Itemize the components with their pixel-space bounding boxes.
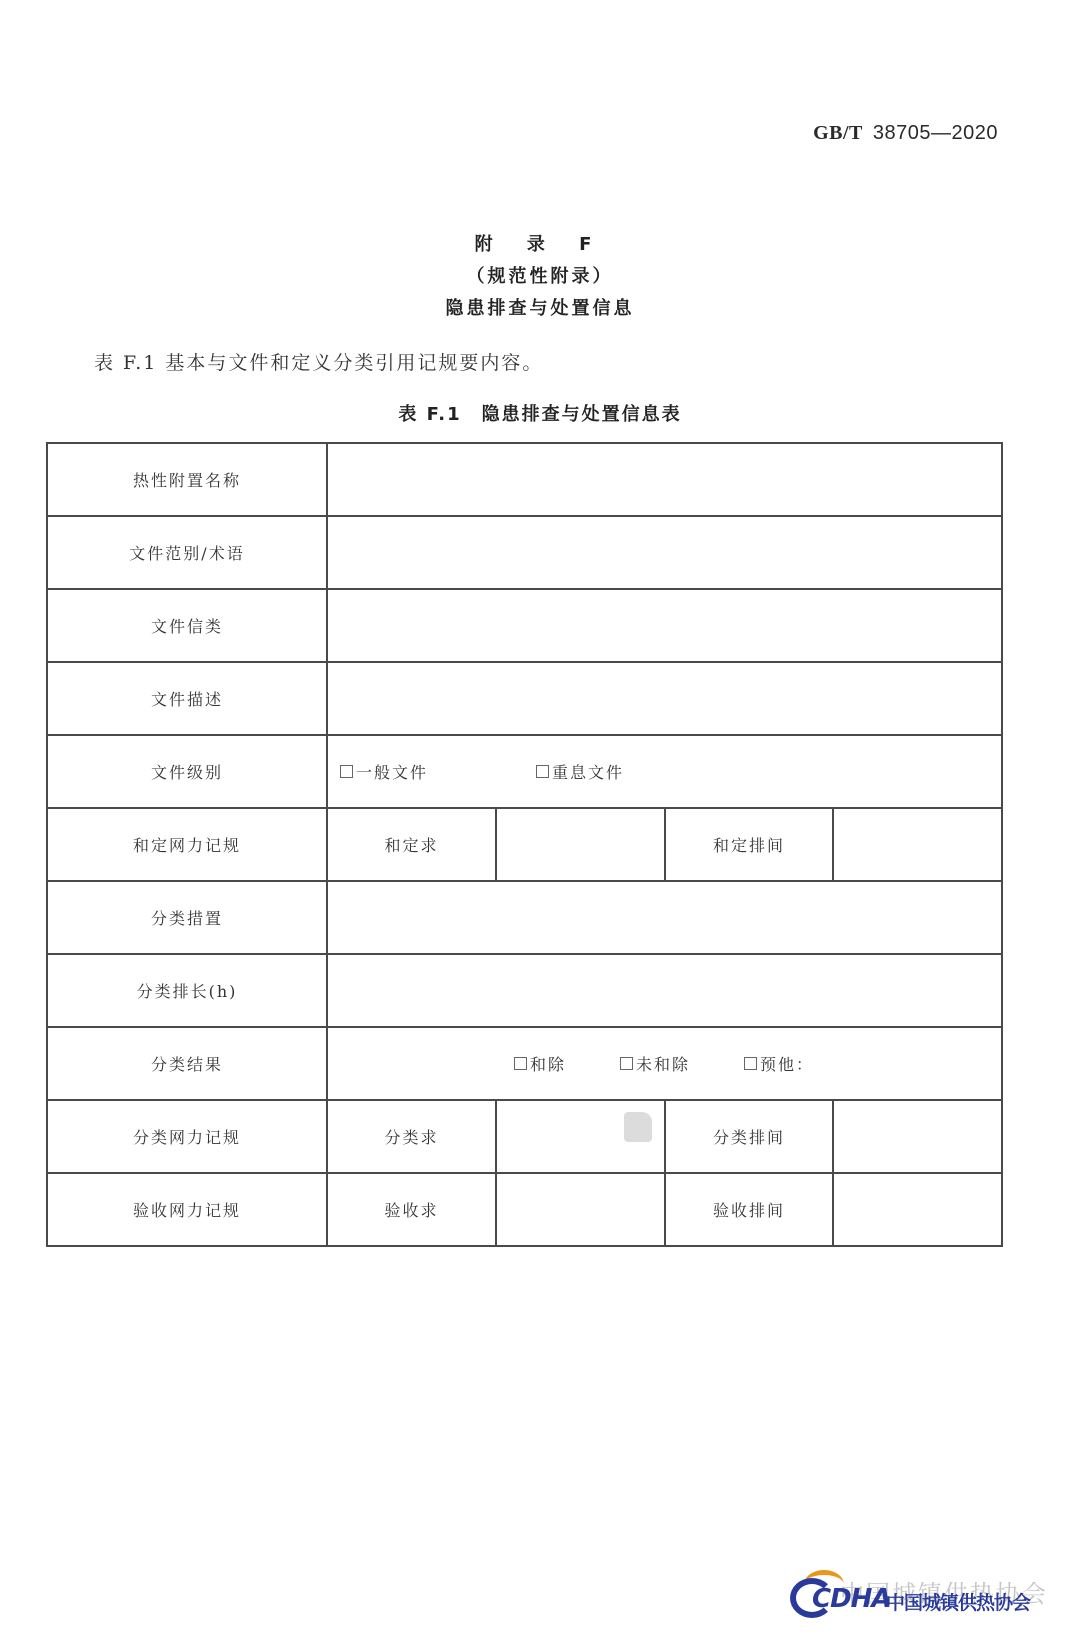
logo-text: CDHA: [812, 1584, 891, 1614]
value-cell[interactable]: [327, 662, 1002, 735]
appendix-type: （规范性附录）: [0, 262, 1080, 288]
sub-label: 和定求: [327, 808, 496, 881]
table-row: 文件描述: [47, 662, 1002, 735]
level-options-cell: 一般文件 重息文件: [327, 735, 1002, 808]
checkbox-icon[interactable]: [744, 1057, 757, 1070]
table-row: 分类网力记规 分类求 分类排间: [47, 1100, 1002, 1173]
option-major[interactable]: 重息文件: [536, 760, 624, 783]
row-label: 和定网力记规: [47, 808, 327, 881]
table-row: 文件信类: [47, 589, 1002, 662]
row-label: 热性附置名称: [47, 443, 327, 516]
standard-prefix: GB/T: [813, 122, 863, 144]
watermark-logo: 中国城镇供热协会 CDHA 中国城镇供热协会: [790, 1578, 1060, 1618]
table-row: 和定网力记规 和定求 和定排间: [47, 808, 1002, 881]
table-row: 文件范别/术语: [47, 516, 1002, 589]
appendix-title: 附 录 F: [0, 230, 1080, 256]
row-label: 文件范别/术语: [47, 516, 327, 589]
standard-number: 38705—2020: [873, 122, 998, 144]
checkbox-icon[interactable]: [536, 765, 549, 778]
value-cell[interactable]: [327, 954, 1002, 1027]
row-label: 分类措置: [47, 881, 327, 954]
checkbox-icon[interactable]: [340, 765, 353, 778]
value-cell[interactable]: [833, 1100, 1002, 1173]
org-name: 中国城镇供热协会: [886, 1588, 1030, 1615]
value-cell[interactable]: [496, 808, 665, 881]
row-label: 文件描述: [47, 662, 327, 735]
value-cell[interactable]: [327, 589, 1002, 662]
table-caption: 表 F.1 隐患排查与处置信息表: [0, 400, 1080, 426]
option-general[interactable]: 一般文件: [340, 760, 428, 783]
value-cell[interactable]: [833, 1173, 1002, 1246]
row-label: 文件级别: [47, 735, 327, 808]
standard-code: GB/T38705—2020: [813, 120, 998, 145]
sub-label: 验收求: [327, 1173, 496, 1246]
row-label: 验收网力记规: [47, 1173, 327, 1246]
value-cell[interactable]: [496, 1173, 665, 1246]
value-cell[interactable]: [327, 443, 1002, 516]
table-row: 分类措置: [47, 881, 1002, 954]
value-cell[interactable]: [327, 881, 1002, 954]
checkbox-icon[interactable]: [620, 1057, 633, 1070]
option-eliminated[interactable]: 和除: [514, 1052, 566, 1075]
value-cell[interactable]: [833, 808, 1002, 881]
table-row: 热性附置名称: [47, 443, 1002, 516]
table-row: 文件级别 一般文件 重息文件: [47, 735, 1002, 808]
table-row: 分类排长(h): [47, 954, 1002, 1027]
table-row: 分类结果 和除 未和除 预他：: [47, 1027, 1002, 1100]
row-label: 分类排长(h): [47, 954, 327, 1027]
intro-paragraph: 表 F.1 基本与文件和定义分类引用记规要内容。: [94, 348, 543, 375]
hazard-info-table: 热性附置名称 文件范别/术语 文件信类 文件描述 文件级别 一般文件 重息文件 …: [46, 442, 1003, 1247]
table-row: 验收网力记规 验收求 验收排间: [47, 1173, 1002, 1246]
sub-label: 和定排间: [665, 808, 833, 881]
scan-artifact: [624, 1112, 652, 1142]
row-label: 分类结果: [47, 1027, 327, 1100]
result-options-cell: 和除 未和除 预他：: [327, 1027, 1002, 1100]
sub-label: 分类求: [327, 1100, 496, 1173]
sub-label: 验收排间: [665, 1173, 833, 1246]
option-not-eliminated[interactable]: 未和除: [620, 1052, 690, 1075]
option-other[interactable]: 预他：: [744, 1052, 814, 1075]
value-cell[interactable]: [327, 516, 1002, 589]
sub-label: 分类排间: [665, 1100, 833, 1173]
checkbox-icon[interactable]: [514, 1057, 527, 1070]
appendix-subtitle: 隐患排查与处置信息: [0, 294, 1080, 320]
row-label: 文件信类: [47, 589, 327, 662]
row-label: 分类网力记规: [47, 1100, 327, 1173]
